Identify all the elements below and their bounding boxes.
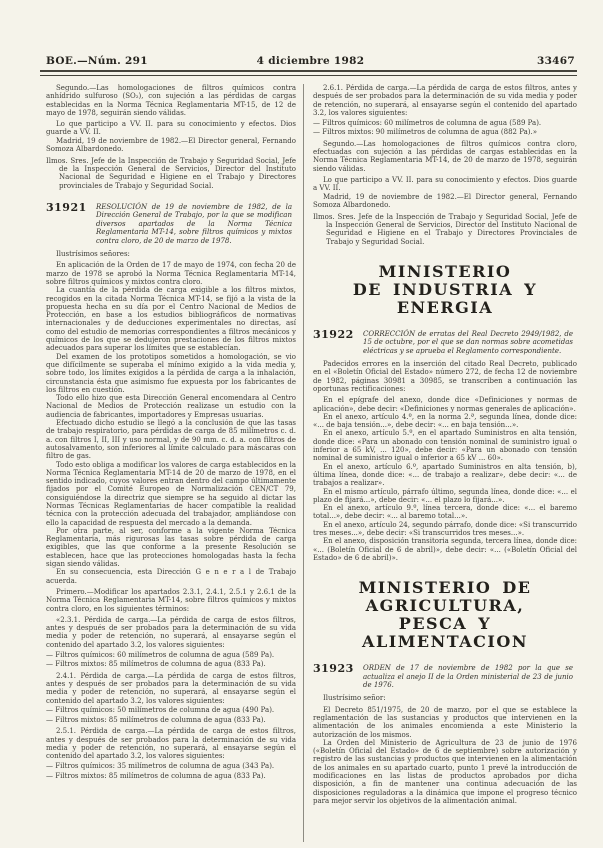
header-double-rule — [40, 70, 577, 76]
paragraph: Primero.—Modificar los apartados 2.3.1, … — [46, 588, 296, 613]
paragraph: Lo que participo a VV. II. para su conoc… — [313, 176, 577, 193]
paragraph: En el anexo, disposición transitoria seg… — [313, 537, 577, 562]
paragraph: Madrid, 19 de noviembre de 1982.—El Dire… — [313, 193, 577, 210]
addressees-block: Ilmos. Sres. Jefe de la Inspección de Tr… — [313, 213, 577, 246]
paragraph: Por otra parte, al ser, conforme a la vi… — [46, 527, 296, 568]
entry-title: ORDEN de 17 de noviembre de 1982 por la … — [355, 664, 577, 689]
paragraph: Lo que participo a VV. II. para su conoc… — [46, 120, 296, 137]
paragraph: Todo ello hizo que esta Dirección Genera… — [46, 394, 296, 419]
paragraph: Ilustrísimo señor: — [313, 694, 577, 702]
list-item: — Filtros mixtos: 85 milímetros de colum… — [46, 660, 296, 668]
paragraph: «2.3.1. Pérdida de carga.—La pérdida de … — [46, 616, 296, 649]
paragraph: En el anexo, artículo 5.º, en el apartad… — [313, 429, 577, 462]
ministry-heading-line: MINISTERIO — [379, 262, 512, 281]
paragraph: En el anexo, artículo 9.º, línea tercera… — [313, 504, 577, 521]
paragraph: En el mismo artículo, párrafo último, se… — [313, 488, 577, 505]
entry-number: 31921 — [46, 203, 88, 245]
issue-date: 4 diciembre 1982 — [46, 55, 575, 67]
paragraph: Del examen de los prototipos sometidos a… — [46, 353, 296, 394]
addressees-block: Ilmos. Sres. Jefe de la Inspección de Tr… — [46, 157, 296, 190]
paragraph: En el anexo, artículo 4.º, en la norma 2… — [313, 413, 577, 430]
list-item: — Filtros mixtos: 85 milímetros de colum… — [46, 772, 296, 780]
paragraph: En el anexo, artículo 6.º, apartado Sumi… — [313, 463, 577, 488]
doc-entry: 31923ORDEN de 17 de noviembre de 1982 po… — [313, 664, 577, 689]
paragraph: Madrid, 19 de noviembre de 1982.—El Dire… — [46, 137, 296, 154]
paragraph: Ilustrísimos señores: — [46, 250, 296, 258]
list-item: — Filtros químicos: 60 milímetros de col… — [46, 651, 296, 659]
right-column: 2.6.1. Pérdida de carga.—La pérdida de c… — [303, 84, 577, 842]
entry-title: CORRECCIÓN de erratas del Real Decreto 2… — [355, 330, 577, 355]
paragraph: El Decreto 851/1975, de 20 de marzo, por… — [313, 706, 577, 739]
ministry-heading-line: MINISTERIO DE AGRICULTURA, — [359, 578, 532, 615]
ministry-heading: MINISTERIODE INDUSTRIA Y ENERGIA — [313, 263, 577, 317]
paragraph: La Orden del Ministerio de Agricultura d… — [313, 739, 577, 805]
list-item: — Filtros mixtos: 85 milímetros de colum… — [46, 716, 296, 724]
list-item: — Filtros químicos: 60 milímetros de col… — [313, 119, 577, 127]
paragraph: 2.4.1. Pérdida de carga.—La pérdida de c… — [46, 672, 296, 705]
list-item: — Filtros químicos: 35 milímetros de col… — [46, 762, 296, 770]
doc-entry: 31922CORRECCIÓN de erratas del Real Decr… — [313, 330, 577, 355]
entry-number: 31923 — [313, 664, 355, 689]
paragraph: Efectuado dicho estudio se llegó a la co… — [46, 419, 296, 460]
paragraph: Segundo.—Las homologaciones de filtros q… — [46, 84, 296, 117]
paragraph: 2.6.1. Pérdida de carga.—La pérdida de c… — [313, 84, 577, 117]
paragraph: En el epígrafe del anexo, donde dice «De… — [313, 396, 577, 413]
left-column: Segundo.—Las homologaciones de filtros q… — [46, 84, 303, 842]
entry-title: RESOLUCIÓN de 19 de noviembre de 1982, d… — [88, 203, 296, 245]
paragraph: Todo esto obliga a modificar los valores… — [46, 461, 296, 527]
page-body: Segundo.—Las homologaciones de filtros q… — [46, 84, 577, 842]
ministry-heading-line: PESCA Y ALIMENTACION — [362, 614, 528, 651]
entry-number: 31922 — [313, 330, 355, 355]
paragraph: Padecidos errores en la inserción del ci… — [313, 360, 577, 393]
paragraph: Segundo.—Las homologaciones de filtros q… — [313, 140, 577, 173]
page-header: BOE.—Núm. 291 4 diciembre 1982 33467 — [46, 55, 575, 67]
ministry-heading-line: DE INDUSTRIA Y ENERGIA — [353, 280, 537, 317]
gazette-page: BOE.—Núm. 291 4 diciembre 1982 33467 Seg… — [0, 0, 603, 848]
paragraph: 2.5.1. Pérdida de carga.—La pérdida de c… — [46, 727, 296, 760]
paragraph: La cuantía de la pérdida de carga exigib… — [46, 286, 296, 352]
doc-entry: 31921RESOLUCIÓN de 19 de noviembre de 19… — [46, 203, 296, 245]
ministry-heading: MINISTERIO DE AGRICULTURA,PESCA Y ALIMEN… — [313, 579, 577, 651]
paragraph: En el anexo, artículo 24, segundo párraf… — [313, 521, 577, 538]
paragraph: En su consecuencia, esta Dirección G e n… — [46, 568, 296, 585]
list-item: — Filtros mixtos: 90 milímetros de colum… — [313, 128, 577, 136]
paragraph: En aplicación de la Orden de 17 de mayo … — [46, 261, 296, 286]
list-item: — Filtros químicos: 50 milímetros de col… — [46, 706, 296, 714]
